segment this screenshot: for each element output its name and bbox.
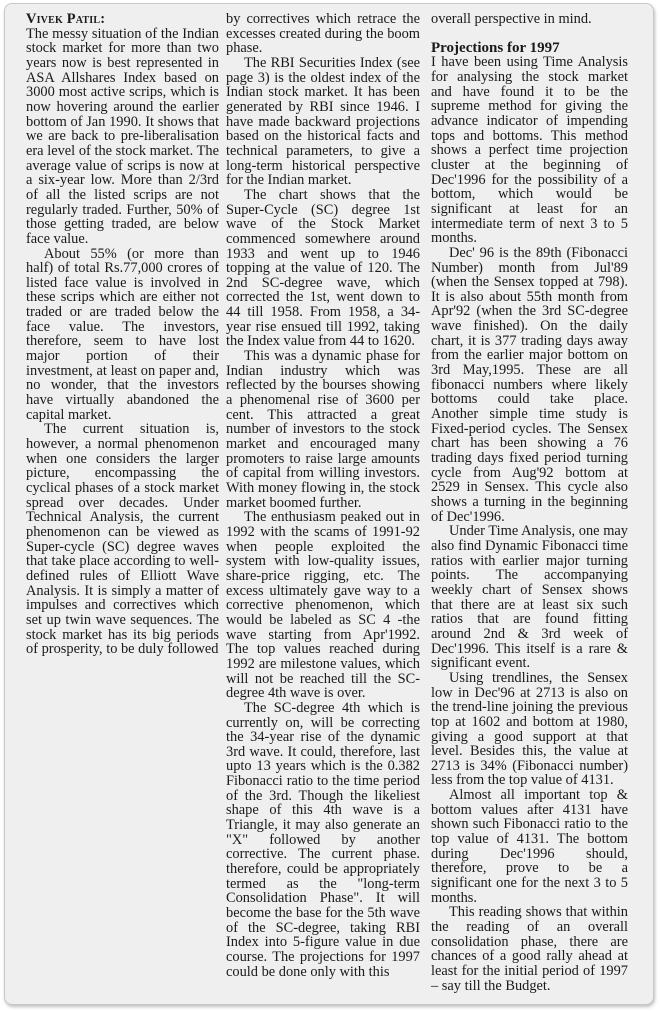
paragraph: I have been using Time Analysis for anal… bbox=[431, 55, 628, 246]
paragraph: The chart shows that the Super-Cycle (SC… bbox=[226, 188, 420, 349]
paragraph: The current situation is, however, a nor… bbox=[26, 422, 219, 657]
paragraph: About 55% (or more than half) of total R… bbox=[26, 247, 219, 423]
newspaper-clipping: Vivek Patil: The messy situation of the … bbox=[4, 3, 654, 1005]
article-column-3: overall perspective in mind. Projections… bbox=[431, 12, 628, 993]
article-column-2: by correctives which retrace the excesse… bbox=[226, 12, 420, 979]
author-byline: Vivek Patil: bbox=[26, 12, 219, 27]
paragraph: by correctives which retrace the excesse… bbox=[226, 12, 420, 56]
section-heading: Projections for 1997 bbox=[431, 41, 628, 56]
paragraph: Using trendlines, the Sensex low in Dec'… bbox=[431, 671, 628, 788]
paragraph: overall perspective in mind. bbox=[431, 12, 628, 27]
article-column-1: Vivek Patil: The messy situation of the … bbox=[26, 12, 219, 657]
paragraph: The enthusiasm peaked out in 1992 with t… bbox=[226, 510, 420, 701]
paragraph: The SC-degree 4th which is currently on,… bbox=[226, 701, 420, 979]
paragraph: This was a dynamic phase for Indian indu… bbox=[226, 349, 420, 510]
paragraph: Under Time Analysis, one may also find D… bbox=[431, 524, 628, 671]
paragraph: The RBI Securities Index (see page 3) is… bbox=[226, 56, 420, 188]
paragraph: The messy situation of the Indian stock … bbox=[26, 27, 219, 247]
paragraph: Almost all important top & bottom values… bbox=[431, 788, 628, 905]
paragraph: This reading shows that within the readi… bbox=[431, 905, 628, 993]
paragraph: Dec' 96 is the 89th (Fibonacci Number) m… bbox=[431, 246, 628, 524]
